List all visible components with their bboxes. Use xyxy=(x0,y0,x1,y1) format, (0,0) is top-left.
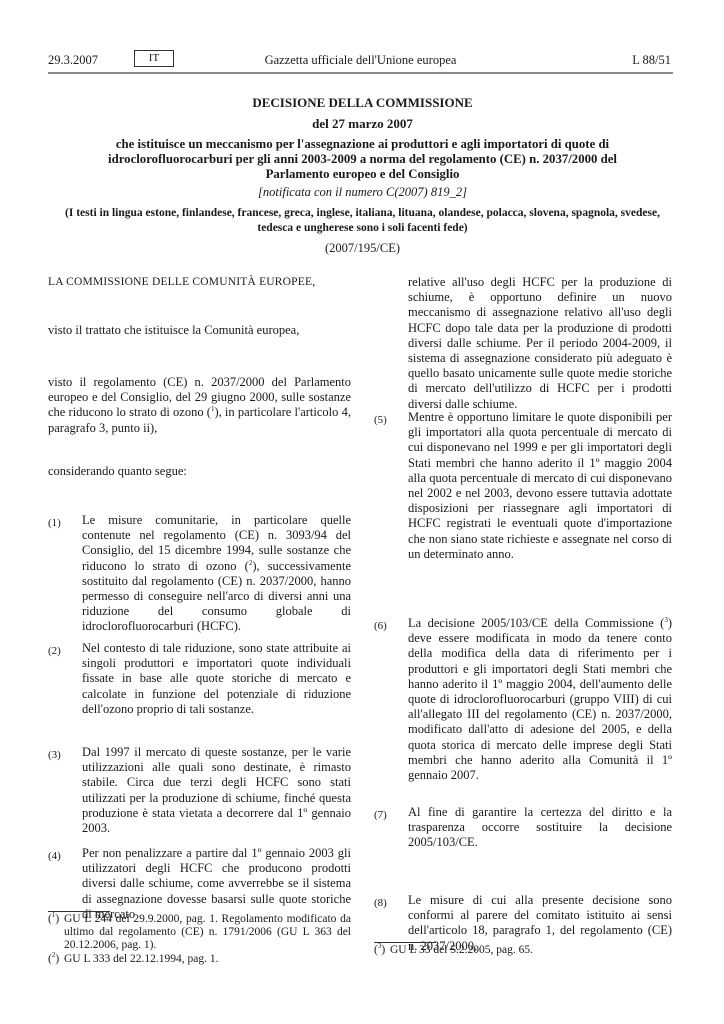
recital-4-continuation: relative all'uso degli HCFC per la produ… xyxy=(408,275,672,412)
recital-text: Mentre è opportuno limitare le quote dis… xyxy=(408,410,672,562)
recital-number: (1) xyxy=(48,516,61,531)
right-column: relative all'uso degli HCFC per la produ… xyxy=(374,0,672,1024)
recital-text: Nel contesto di tale riduzione, sono sta… xyxy=(82,641,351,717)
footnote-2: (2) GU L 333 del 22.12.1994, pag. 1. xyxy=(48,953,351,966)
footnote-divider xyxy=(374,942,436,943)
footnote-3: (3) GU L 33 del 5.2.2005, pag. 65. xyxy=(374,944,672,957)
recital-number: (4) xyxy=(48,849,61,864)
recital-text: Per non penalizzare a partire dal 1º gen… xyxy=(82,846,351,922)
footnote-divider xyxy=(48,911,110,912)
recital-number: (6) xyxy=(374,619,387,634)
recital-text: Al fine di garantire la certezza del dir… xyxy=(408,805,672,851)
considerando-intro: considerando quanto segue: xyxy=(48,464,351,479)
recital-number: (8) xyxy=(374,896,387,911)
recital-text: Dal 1997 il mercato di queste sostanze, … xyxy=(82,745,351,836)
preamble: LA COMMISSIONE DELLE COMUNITÀ EUROPEE, xyxy=(48,275,351,290)
citation-treaty: visto il trattato che istituisce la Comu… xyxy=(48,323,351,338)
recital-number: (7) xyxy=(374,808,387,823)
citation-regulation: visto il regolamento (CE) n. 2037/2000 d… xyxy=(48,375,351,436)
recital-text: Le misure comunitarie, in particolare qu… xyxy=(82,513,351,635)
left-column: LA COMMISSIONE DELLE COMUNITÀ EUROPEE, v… xyxy=(48,0,351,1024)
footnote-1: (1) GU L 244 del 29.9.2000, pag. 1. Rego… xyxy=(48,913,351,952)
recital-number: (2) xyxy=(48,644,61,659)
recital-text: La decisione 2005/103/CE della Commissio… xyxy=(408,616,672,783)
recital-number: (5) xyxy=(374,413,387,428)
recital-number: (3) xyxy=(48,748,61,763)
